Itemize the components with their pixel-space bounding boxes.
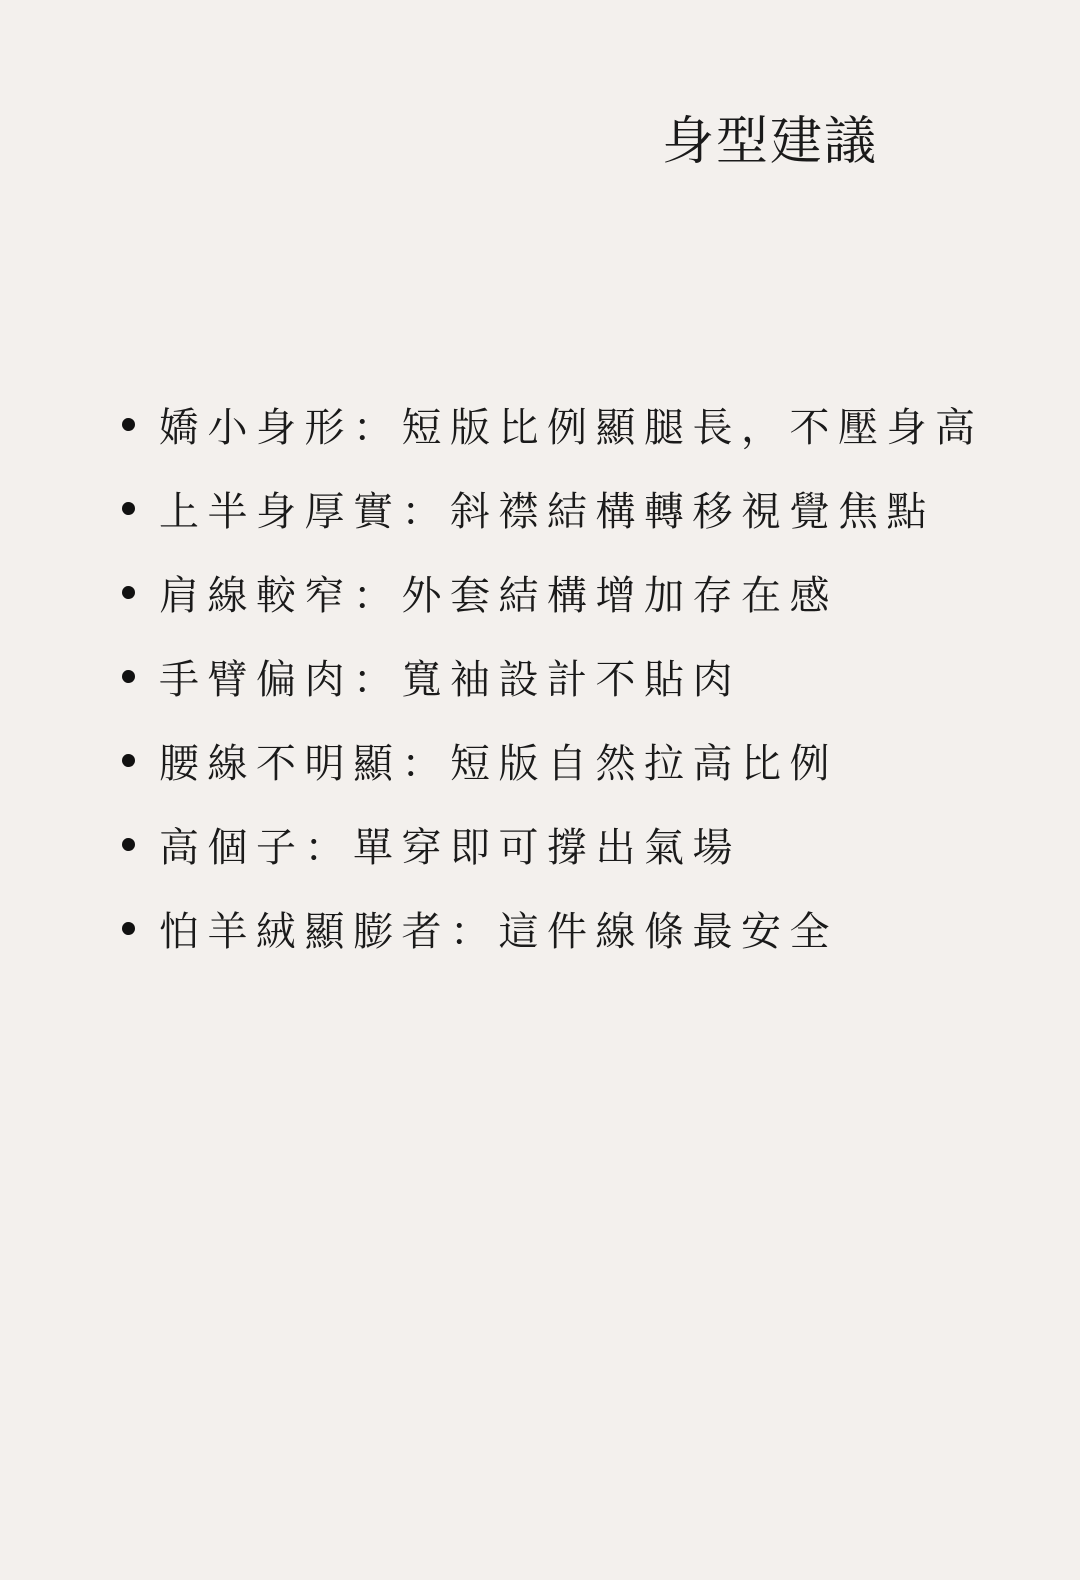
- page-title: 身型建議: [662, 104, 878, 180]
- tip-text: 怕羊絨顯膨者：這件線條最安全: [159, 900, 838, 957]
- tip-text: 高個子：單穿即可撐出氣場: [159, 816, 741, 873]
- list-item: 嬌小身形：短版比例顯腿長，不壓身高: [120, 382, 984, 466]
- bullet-icon: [122, 418, 135, 431]
- tip-text: 肩線較窄：外套結構增加存在感: [159, 564, 838, 621]
- bullet-icon: [122, 502, 135, 515]
- bullet-icon: [122, 754, 135, 767]
- list-item: 腰線不明顯：短版自然拉高比例: [120, 718, 984, 802]
- bullet-icon: [122, 838, 135, 851]
- list-item: 上半身厚實：斜襟結構轉移視覺焦點: [120, 466, 984, 550]
- tip-text: 上半身厚實：斜襟結構轉移視覺焦點: [159, 480, 935, 537]
- list-item: 高個子：單穿即可撐出氣場: [120, 802, 984, 886]
- tip-text: 嬌小身形：短版比例顯腿長，不壓身高: [159, 396, 984, 453]
- list-item: 怕羊絨顯膨者：這件線條最安全: [120, 886, 984, 970]
- list-item: 肩線較窄：外套結構增加存在感: [120, 550, 984, 634]
- tip-text: 腰線不明顯：短版自然拉高比例: [159, 732, 838, 789]
- bullet-icon: [122, 670, 135, 683]
- body-type-tips-list: 嬌小身形：短版比例顯腿長，不壓身高 上半身厚實：斜襟結構轉移視覺焦點 肩線較窄：…: [120, 382, 984, 970]
- list-item: 手臂偏肉：寬袖設計不貼肉: [120, 634, 984, 718]
- bullet-icon: [122, 586, 135, 599]
- tip-text: 手臂偏肉：寬袖設計不貼肉: [159, 648, 741, 705]
- bullet-icon: [122, 922, 135, 935]
